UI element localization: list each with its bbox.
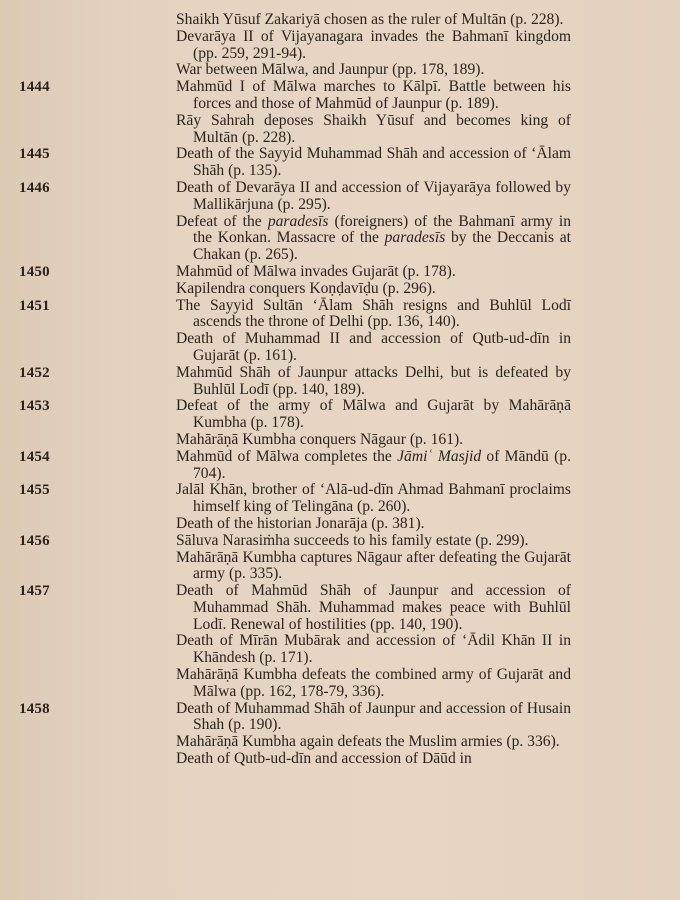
chronology-entry: Mahārāṇā Kumbha captures Nāgaur after de… [0,550,680,584]
entry-year: 1452 [19,365,50,382]
entry-text: Mahmūd Shāh of Jaunpur attacks Delhi, bu… [176,365,571,399]
entry-text: Kapilendra conquers Koṇḍavīḍu (p. 296). [176,281,571,298]
chronology-entry: 1444 Mahmūd I of Mālwa marches to Kālpī.… [0,79,680,113]
chronology-entry: Rāy Sahrah deposes Shaikh Yūsuf and beco… [0,113,680,147]
chronology-entry: Mahārāṇā Kumbha again defeats the Muslim… [0,734,680,751]
chronology-entry: 1457 Death of Mahmūd Shāh of Jaunpur and… [0,583,680,633]
entry-text: Shaikh Yūsuf Zakariyā chosen as the rule… [176,12,571,29]
entry-text: Rāy Sahrah deposes Shaikh Yūsuf and beco… [176,113,571,147]
entry-year: 1451 [19,298,50,315]
text-segment: Mahmūd of Mālwa completes the [176,448,397,465]
chronology-entry: Defeat of the paradesīs (foreigners) of … [0,214,680,264]
chronology-entry: 1456 Sāluva Narasiṁha succeeds to his fa… [0,533,680,550]
entry-year: 1446 [19,180,50,197]
entry-year: 1456 [19,533,50,550]
entry-text: The Sayyid Sultān ‘Ālam Shāh resigns and… [176,298,571,332]
chronology-entry: Death of the historian Jonarāja (p. 381)… [0,516,680,533]
chronology-entry: 1450 Mahmūd of Mālwa invades Gujarāt (p.… [0,264,680,281]
chronology-entry: 1445 Death of the Sayyid Muhammad Shāh a… [0,146,680,180]
entry-text: War between Mālwa, and Jaunpur (pp. 178,… [176,62,571,79]
italic-term: paradesīs [268,213,329,230]
entry-text: Death of Mīrān Mubārak and accession of … [176,633,571,667]
entry-text: Mahmūd I of Mālwa marches to Kālpī. Batt… [176,79,571,113]
entry-text: Devarāya II of Vijayanagara invades the … [176,29,571,63]
chronology-entry: 1451 The Sayyid Sultān ‘Ālam Shāh resign… [0,298,680,332]
text-segment: Defeat of the [176,213,268,230]
entry-text: Mahmūd of Mālwa invades Gujarāt (p. 178)… [176,264,571,281]
chronology-entry: War between Mālwa, and Jaunpur (pp. 178,… [0,62,680,79]
chronology-entry: 1453 Defeat of the army of Mālwa and Guj… [0,398,680,432]
entry-year: 1458 [19,701,50,718]
entry-text: Death of Qutb-ud-dīn and accession of Dā… [176,751,571,768]
entry-text: Death of Mahmūd Shāh of Jaunpur and acce… [176,583,571,633]
chronology-entry: Death of Qutb-ud-dīn and accession of Dā… [0,751,680,768]
entry-text: Death of the Sayyid Muhammad Shāh and ac… [176,146,571,180]
entry-text: Jalāl Khān, brother of ‘Alā-ud-dīn Ahmad… [176,482,571,516]
chronology-entry: Death of Muhammad II and accession of Qu… [0,331,680,365]
entry-text: Mahārāṇā Kumbha defeats the combined arm… [176,667,571,701]
entry-text: Sāluva Narasiṁha succeeds to his family … [176,533,571,550]
entry-text: Mahārāṇā Kumbha conquers Nāgaur (p. 161)… [176,432,571,449]
chronology-entry: Mahārāṇā Kumbha conquers Nāgaur (p. 161)… [0,432,680,449]
chronology-entry: 1455 Jalāl Khān, brother of ‘Alā-ud-dīn … [0,482,680,516]
entry-text: Mahārāṇā Kumbha again defeats the Muslim… [176,734,571,751]
chronology-entry: Shaikh Yūsuf Zakariyā chosen as the rule… [0,12,680,29]
entry-year: 1444 [19,79,50,96]
entry-text: Mahārāṇā Kumbha captures Nāgaur after de… [176,550,571,584]
entry-year: 1454 [19,449,50,466]
entry-year: 1455 [19,482,50,499]
italic-term: paradesīs [385,229,446,246]
entry-year: 1457 [19,583,50,600]
chronology-entry: Kapilendra conquers Koṇḍavīḍu (p. 296). [0,281,680,298]
entry-year: 1450 [19,264,50,281]
chronology-entry: Devarāya II of Vijayanagara invades the … [0,29,680,63]
entry-text: Mahmūd of Mālwa completes the Jāmiʿ Masj… [176,449,571,483]
chronology-entry: Mahārāṇā Kumbha defeats the combined arm… [0,667,680,701]
chronology-entry: 1454 Mahmūd of Mālwa completes the Jāmiʿ… [0,449,680,483]
entry-text: Death of the historian Jonarāja (p. 381)… [176,516,571,533]
chronology-entry: 1458 Death of Muhammad Shāh of Jaunpur a… [0,701,680,735]
chronology-entry: 1452 Mahmūd Shāh of Jaunpur attacks Delh… [0,365,680,399]
chronology-page: Shaikh Yūsuf Zakariyā chosen as the rule… [0,10,680,768]
entry-text: Defeat of the army of Mālwa and Gujarāt … [176,398,571,432]
entry-year: 1453 [19,398,50,415]
entry-year: 1445 [19,146,50,163]
entry-text: Defeat of the paradesīs (foreigners) of … [176,214,571,264]
entry-text: Death of Muhammad Shāh of Jaunpur and ac… [176,701,571,735]
entry-text: Death of Devarāya II and accession of Vi… [176,180,571,214]
entry-text: Death of Muhammad II and accession of Qu… [176,331,571,365]
chronology-entry: Death of Mīrān Mubārak and accession of … [0,633,680,667]
italic-term: Jāmiʿ Masjid [397,448,481,465]
chronology-entry: 1446 Death of Devarāya II and accession … [0,180,680,214]
